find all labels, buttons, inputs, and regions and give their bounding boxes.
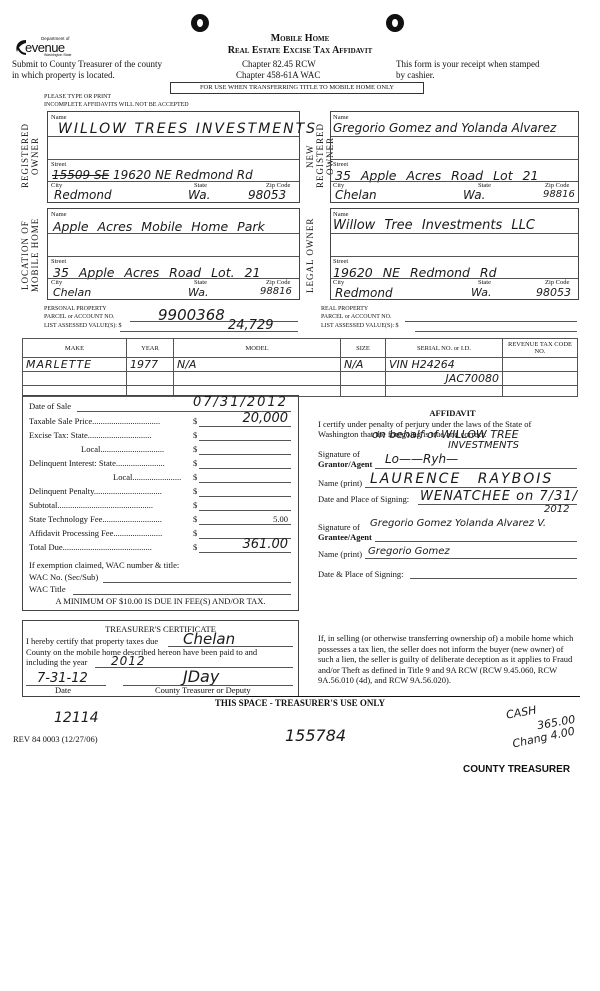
signer-label: County Treasurer or Deputy (155, 685, 251, 695)
legal-owner-state[interactable]: Wa. (471, 286, 492, 299)
certificate-county[interactable]: Chelan (183, 630, 235, 648)
struck-street: 15509 SE (52, 168, 109, 182)
grantor-name-line (365, 487, 577, 488)
real-assessed-line[interactable] (415, 331, 577, 332)
personal-assessed-label: LIST ASSESSED VALUE(S): $ (44, 323, 122, 330)
new-registered-owner-block: Name Gregorio Gomez and Yolanda Alvarez … (330, 111, 579, 203)
street-label: Street (51, 161, 66, 168)
grantee-date-place-line[interactable] (410, 578, 577, 579)
size-cell[interactable] (341, 372, 386, 386)
dollar-sign: $ (193, 528, 197, 538)
date-of-sale-label: Date of Sale (29, 401, 71, 411)
tax-amount-value[interactable]: 20,000 (243, 411, 289, 426)
amount-line (199, 454, 291, 455)
name-label: Name (333, 114, 349, 121)
wac-title-label: WAC Title (29, 584, 66, 594)
treasurer-signature[interactable]: JDay (183, 667, 219, 686)
receipt-note-1: This form is your receipt when stamped (396, 59, 539, 69)
amount-line (199, 510, 291, 511)
location-block: Name Apple Acres Mobile Home Park Street… (47, 208, 300, 300)
real-parcel-line[interactable] (405, 321, 577, 322)
amount-line (199, 440, 291, 441)
make-cell[interactable] (23, 372, 127, 386)
legal-owner-zip[interactable]: 98053 (536, 286, 571, 299)
registered-owner-state[interactable]: Wa. (188, 188, 210, 202)
date-label: Date (55, 685, 71, 695)
section-label-registered-owner: REGISTEREDOWNER (20, 112, 44, 200)
punch-hole-right (386, 14, 404, 32)
col-year: YEAR (127, 339, 174, 358)
grantee-name-print-label: Name (print) (318, 549, 362, 559)
real-assessed-label: LIST ASSESSED VALUE(S): $ (321, 323, 399, 330)
registered-owner-zip[interactable]: 98053 (248, 188, 286, 202)
divider (331, 159, 578, 160)
tax-lien-warning: If, in selling (or otherwise transferrin… (318, 633, 580, 686)
real-parcel-label: PARCEL or ACCOUNT NO. (321, 314, 391, 321)
tax-row-label: Excise Tax: State (29, 430, 88, 440)
street-label: Street (333, 161, 348, 168)
new-owner-city[interactable]: Chelan (335, 188, 377, 202)
vehicle-table: MAKE YEAR MODEL SIZE SERIAL NO. or I.D. … (22, 338, 578, 397)
leader-dots: ........................................… (57, 500, 153, 510)
divider (48, 136, 299, 137)
dollar-sign: $ (193, 500, 197, 510)
grantee-signature[interactable]: Gregorio Gomez Yolanda Alvarez V. (370, 518, 546, 529)
make-cell[interactable]: MARLETTE (23, 358, 127, 372)
amount-line (199, 468, 291, 469)
treasurer-certificate-box: TREASURER'S CERTIFICATE I hereby certify… (22, 620, 299, 697)
table-row: JAC70080 (23, 372, 578, 386)
tax-row: Delinquent Penalty......................… (29, 486, 292, 496)
name-label: Name (51, 114, 67, 121)
amount-line (199, 482, 291, 483)
real-property-label: REAL PROPERTY (321, 306, 368, 313)
serial-cell[interactable] (386, 386, 503, 397)
table-row: MARLETTE 1977 N/A N/A VIN H24264 (23, 358, 578, 372)
tax-row-label: State Technology Fee (29, 514, 102, 524)
divider (331, 256, 578, 257)
tax-row-label: Total Due (29, 542, 63, 552)
grantee-sig-label: Signature of (318, 522, 360, 532)
leader-dots: ........................................… (63, 542, 152, 552)
col-serial: SERIAL NO. or I.D. (386, 339, 503, 358)
state-label: State (194, 279, 207, 286)
city-label: City (333, 279, 344, 286)
wac-no-line[interactable] (103, 582, 291, 583)
tax-row-label: Local (29, 444, 100, 454)
wac-no-label: WAC No. (Sec/Sub) (29, 572, 98, 582)
year-cell[interactable] (127, 372, 174, 386)
location-city[interactable]: Chelan (53, 286, 91, 299)
leader-dots: .............................. (88, 430, 152, 440)
usage-banner: FOR USE WHEN TRANSFERRING TITLE TO MOBIL… (170, 82, 424, 94)
submit-note-2: in which property is located. (12, 70, 115, 80)
tax-row: Local....................... (29, 472, 292, 482)
certificate-title: TREASURER'S CERTIFICATE (23, 624, 298, 634)
legal-owner-name[interactable]: Willow Tree Investments LLC (333, 218, 535, 233)
date-of-sale-value[interactable]: 07/31/2012 (193, 395, 288, 410)
street-value: 19620 NE Redmond Rd (113, 168, 253, 182)
tax-row: Subtotal................................… (29, 500, 292, 510)
street-label: Street (333, 258, 348, 265)
leader-dots: ....................... (132, 472, 181, 482)
legal-owner-city[interactable]: Redmond (335, 286, 393, 300)
amount-line (199, 524, 291, 525)
city-label: City (51, 279, 62, 286)
registered-owner-city[interactable]: Redmond (54, 188, 112, 202)
form-title-1: Mobile Home (0, 33, 600, 44)
chapter-wac: Chapter 458-61A WAC (236, 70, 320, 80)
minimum-note: A MINIMUM OF $10.00 IS DUE IN FEE(S) AND… (23, 596, 298, 606)
county-treasurer-stamp: COUNTY TREASURER (463, 764, 570, 775)
receipt-note-2: by cashier. (396, 70, 435, 80)
treasurer-use-divider (200, 696, 580, 697)
grantee-signature-line (375, 541, 577, 542)
divider (48, 159, 299, 160)
grantor-signature-line (375, 468, 577, 469)
tax-row: State Technology Fee....................… (29, 514, 292, 524)
zip-label: Zip Code (545, 182, 569, 189)
submit-note-1: Submit to County Treasurer of the county (12, 59, 162, 69)
personal-property-label: PERSONAL PROPERTY (44, 306, 107, 313)
grantor-on-behalf-note-2: INVESTMENTS (448, 440, 519, 451)
registered-owner-street[interactable]: 15509 SE 19620 NE Redmond Rd (52, 168, 253, 182)
section-label-new-registered-owner: NEW REGISTEREDOWNER (305, 112, 329, 200)
dollar-sign: $ (193, 444, 197, 454)
section-label-location: LOCATION OFMOBILE HOME (20, 210, 44, 300)
punch-hole-left (191, 14, 209, 32)
new-owner-state[interactable]: Wa. (463, 188, 485, 202)
new-owner-zip[interactable]: 98816 (543, 189, 575, 200)
tax-amount-value[interactable]: 5.00 (273, 514, 288, 524)
grantee-printed-name[interactable]: Gregorio Gomez (368, 546, 450, 557)
certificate-text-1: I hereby certify that property taxes due (26, 636, 158, 646)
location-state[interactable]: Wa. (188, 286, 209, 299)
location-name[interactable]: Apple Acres Mobile Home Park (53, 219, 265, 234)
dollar-sign: $ (193, 430, 197, 440)
tax-row-label: Affidavit Processing Fee (29, 528, 113, 538)
legal-owner-block: Name Willow Tree Investments LLC Street … (330, 208, 579, 300)
model-cell[interactable]: N/A (174, 358, 341, 372)
dollar-sign: $ (193, 486, 197, 496)
tax-row-label: Delinquent Interest: State (29, 458, 116, 468)
location-zip[interactable]: 98816 (260, 286, 292, 297)
instruction-incomplete: INCOMPLETE AFFIDAVITS WILL NOT BE ACCEPT… (44, 102, 189, 109)
leader-dots: ............................ (102, 514, 162, 524)
revenue-code-cell[interactable] (503, 386, 578, 397)
divider (331, 136, 578, 137)
registered-owner-name[interactable]: WILLOW TREES INVESTMENTS (58, 121, 317, 137)
leader-dots: ....................... (116, 458, 165, 468)
divider (331, 181, 578, 182)
certificate-year[interactable]: 2012 (111, 654, 146, 668)
grantee-agent-label: Grantee/Agent (318, 532, 372, 542)
leader-dots: ................................ (92, 416, 160, 426)
instruction-print: PLEASE TYPE OR PRINT (44, 94, 111, 101)
handwritten-number: 12114 (54, 710, 99, 726)
certificate-date[interactable]: 7-31-12 (37, 671, 88, 686)
exemption-label: If exemption claimed, WAC number & title… (29, 560, 179, 570)
col-revenue-code: REVENUE TAX CODE NO. (503, 339, 578, 358)
dollar-sign: $ (193, 542, 197, 552)
registered-owner-block: Name WILLOW TREES INVESTMENTS Street 155… (47, 111, 300, 203)
model-cell[interactable] (174, 372, 341, 386)
street-label: Street (51, 258, 66, 265)
grantor-date-place[interactable]: WENATCHEE on 7/31/ (420, 489, 578, 504)
certificate-text-3: including the year (26, 657, 87, 667)
chapter-rcw: Chapter 82.45 RCW (242, 59, 316, 69)
revenue-code-cell[interactable] (503, 358, 578, 372)
tax-row: Excise Tax: State.......................… (29, 430, 292, 440)
size-cell[interactable] (341, 386, 386, 397)
leader-dots: ................................ (94, 486, 162, 496)
affidavit-title: AFFIDAVIT (305, 408, 600, 418)
year-cell[interactable]: 1977 (127, 358, 174, 372)
divider (48, 181, 299, 182)
size-cell[interactable]: N/A (341, 358, 386, 372)
new-owner-name[interactable]: Gregorio Gomez and Yolanda Alvarez (333, 121, 556, 135)
wac-title-line[interactable] (73, 594, 291, 595)
amount-line (199, 426, 291, 427)
date-place-label: Date and Place of Signing: (318, 494, 409, 504)
serial-cell[interactable]: VIN H24264 (386, 358, 503, 372)
grantee-date-place-label: Date & Place of Signing: (318, 569, 403, 579)
amount-line (199, 552, 291, 553)
personal-assessed-value[interactable]: 24,729 (228, 318, 274, 333)
grantor-printed-name[interactable]: LAURENCE RAYBOIS (370, 471, 553, 487)
dollar-sign: $ (193, 416, 197, 426)
tax-row-label: Local (29, 472, 132, 482)
grantor-agent-label: Grantor/Agent (318, 459, 372, 469)
dollar-sign: $ (193, 514, 197, 524)
name-label: Name (333, 211, 349, 218)
divider (331, 278, 578, 279)
personal-parcel-label: PARCEL or ACCOUNT NO. (44, 314, 114, 321)
dollar-sign: $ (193, 458, 197, 468)
tax-computation-box: Date of Sale 07/31/2012 Taxable Sale Pri… (22, 395, 299, 611)
tax-amount-value[interactable]: 361.00 (243, 537, 289, 552)
revenue-code-cell[interactable] (503, 372, 578, 386)
divider (48, 278, 299, 279)
divider (48, 256, 299, 257)
zip-label: Zip Code (266, 279, 290, 286)
col-make: MAKE (23, 339, 127, 358)
col-size: SIZE (341, 339, 386, 358)
vehicle-table-header: MAKE YEAR MODEL SIZE SERIAL NO. or I.D. … (23, 339, 578, 358)
form-title-2: Real Estate Excise Tax Affidavit (0, 45, 600, 56)
dollar-sign: $ (193, 472, 197, 482)
divider (331, 233, 578, 234)
treasurer-use-title: THIS SPACE - TREASURER'S USE ONLY (0, 698, 600, 708)
zip-label: Zip Code (545, 279, 569, 286)
name-print-label: Name (print) (318, 478, 362, 488)
grantor-signature[interactable]: Lo——Ryh— (385, 452, 458, 466)
amount-line (199, 496, 291, 497)
state-label: State (478, 279, 491, 286)
receipt-number: 155784 (285, 726, 346, 745)
personal-account-number[interactable]: 9900368 (158, 306, 225, 324)
tax-row-label: Subtotal (29, 500, 57, 510)
tax-row: Local.............................. (29, 444, 292, 454)
tax-row: Delinquent Interest: State..............… (29, 458, 292, 468)
serial-cell[interactable]: JAC70080 (386, 372, 503, 386)
divider (48, 233, 299, 234)
name-label: Name (51, 211, 67, 218)
tax-row-label: Taxable Sale Price (29, 416, 92, 426)
grantee-name-line (365, 558, 577, 559)
leader-dots: ....................... (113, 528, 162, 538)
leader-dots: .............................. (100, 444, 164, 454)
section-label-legal-owner: LEGAL OWNER (305, 210, 325, 300)
tax-row-label: Delinquent Penalty (29, 486, 94, 496)
form-revision: REV 84 0003 (12/27/06) (13, 734, 98, 744)
grantor-year-note: 2012 (544, 504, 569, 515)
grantor-sig-label: Signature of (318, 449, 360, 459)
col-model: MODEL (174, 339, 341, 358)
